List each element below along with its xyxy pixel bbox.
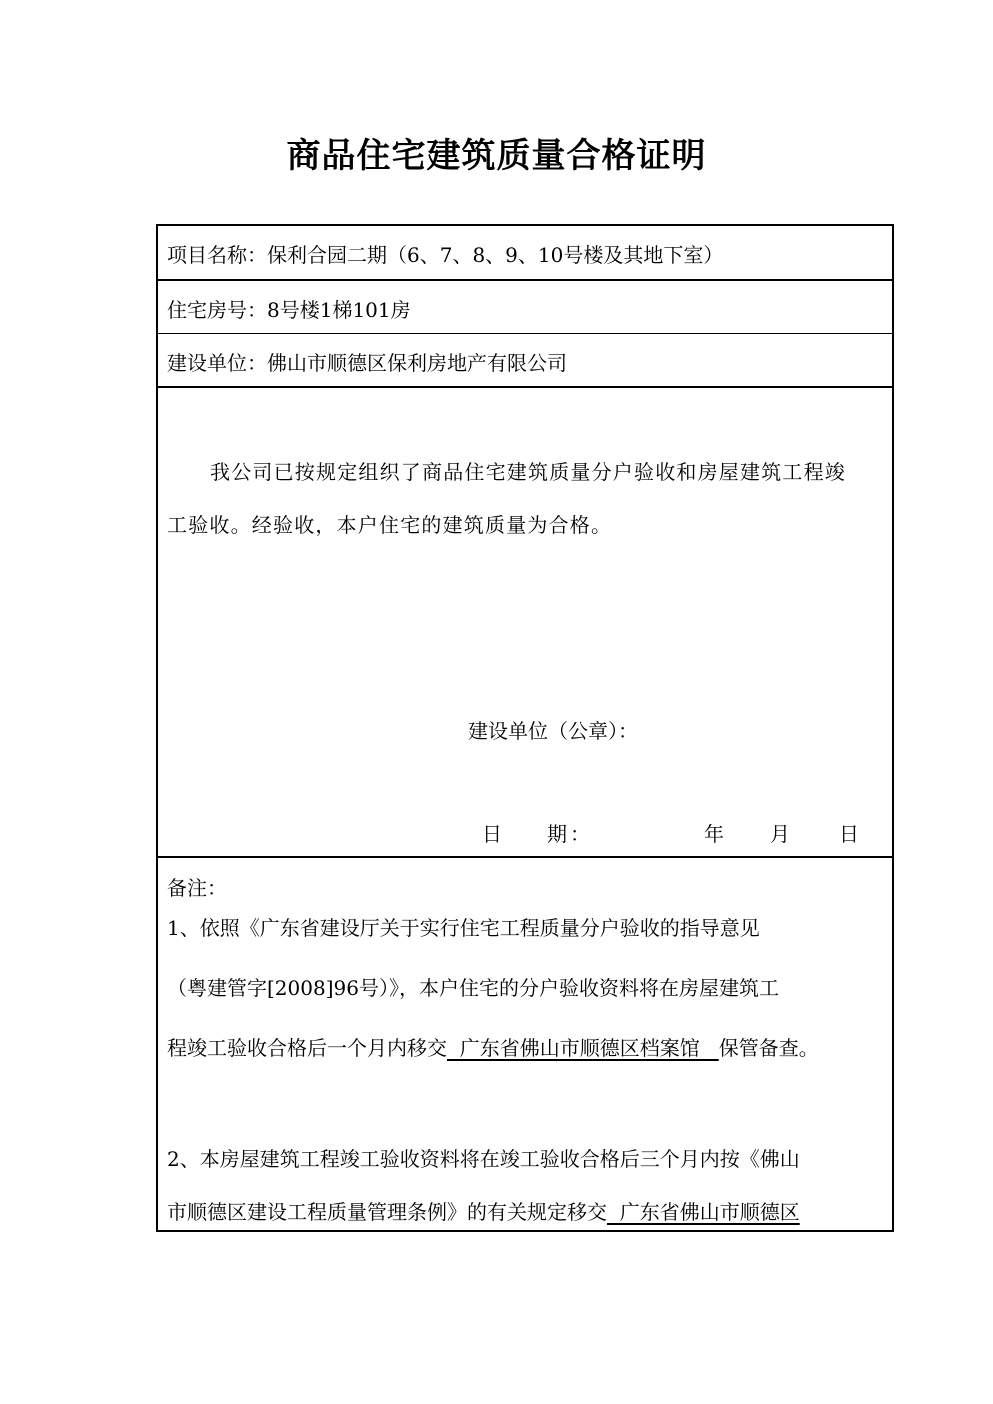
room-number: 住宅房号：8号楼1梯101房 (167, 294, 411, 323)
project-name: 项目名称：保利合园二期（6、7、8、9、10号楼及其地下室） (167, 239, 723, 268)
notes-section: 备注： 1、依照《广东省建设厅关于实行住宅工程质量分户验收的指导意见 （粤建管字… (158, 858, 892, 1232)
note-1-line-1: 1、依照《广东省建设厅关于实行住宅工程质量分户验收的指导意见 (167, 912, 760, 941)
note-2-line-2: 市顺德区建设工程质量管理条例》的有关规定移交 广东省佛山市顺德区 (167, 1196, 800, 1225)
room-number-row: 住宅房号：8号楼1梯101房 (158, 281, 892, 334)
date-year: 年 (704, 818, 724, 847)
archive-name-underlined: 广东省佛山市顺德区档案馆 (447, 1036, 719, 1060)
date-colon: ： (570, 818, 590, 847)
certificate-table: 项目名称：保利合园二期（6、7、8、9、10号楼及其地下室） 住宅房号：8号楼1… (156, 224, 894, 1232)
statement-line-1: 我公司已按规定组织了商品住宅建筑质量分户验收和房屋建筑工程竣 (210, 456, 846, 485)
note-1-suffix: 保管备查。 (719, 1036, 819, 1060)
date-label-qi: 期 (547, 818, 567, 847)
note-1-line-2: （粤建管字[2008]96号）》，本户住宅的分户验收资料将在房屋建筑工 (167, 972, 779, 1001)
date-day: 日 (839, 818, 859, 847)
builder-row: 建设单位：佛山市顺德区保利房地产有限公司 (158, 334, 892, 388)
statement-section: 我公司已按规定组织了商品住宅建筑质量分户验收和房屋建筑工程竣 工验收。经验收，本… (158, 388, 892, 858)
note-1-prefix: 程竣工验收合格后一个月内移交 (167, 1036, 447, 1060)
notes-label: 备注： (167, 872, 227, 901)
archive-name-2-underlined: 广东省佛山市顺德区 (607, 1200, 800, 1224)
seal-label: 建设单位（公章）： (468, 715, 638, 744)
document-title: 商品住宅建筑质量合格证明 (0, 128, 993, 177)
date-month: 月 (770, 818, 790, 847)
statement-line-2: 工验收。经验收，本户住宅的建筑质量为合格。 (167, 509, 612, 538)
date-label-ri: 日 (482, 818, 502, 847)
note-2-line-1: 2、本房屋建筑工程竣工验收资料将在竣工验收合格后三个月内按《佛山 (167, 1143, 800, 1172)
note-1-line-3: 程竣工验收合格后一个月内移交 广东省佛山市顺德区档案馆 保管备查。 (167, 1032, 819, 1061)
project-name-row: 项目名称：保利合园二期（6、7、8、9、10号楼及其地下室） (158, 226, 892, 281)
builder: 建设单位：佛山市顺德区保利房地产有限公司 (167, 347, 567, 376)
note-2-prefix: 市顺德区建设工程质量管理条例》的有关规定移交 (167, 1200, 607, 1224)
